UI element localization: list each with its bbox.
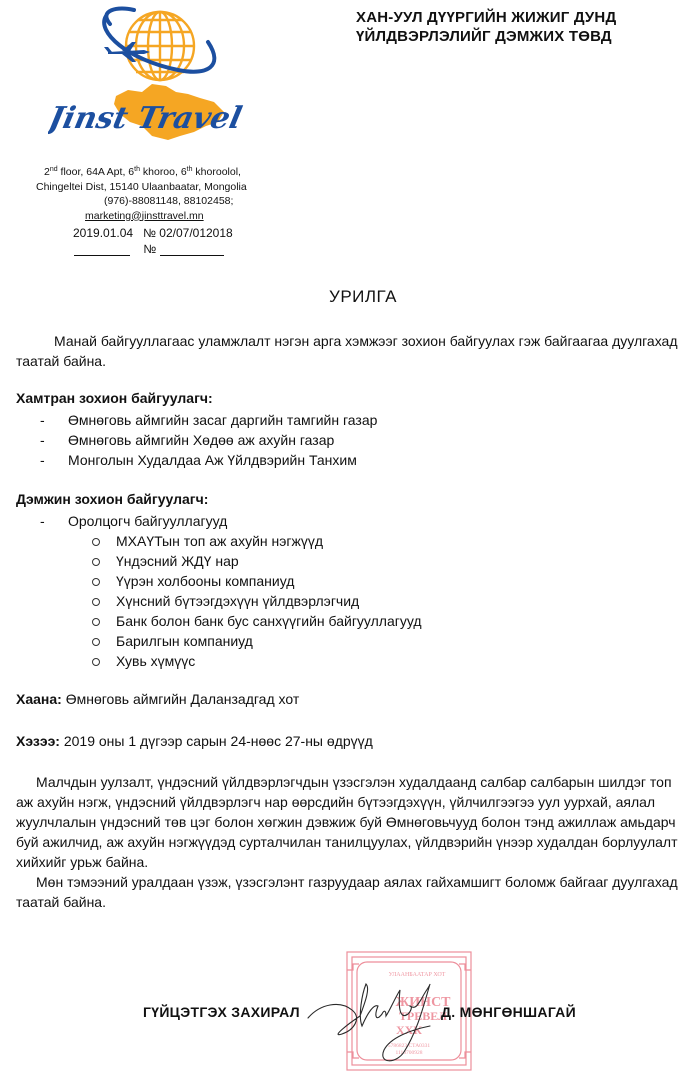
signature-icon — [300, 960, 460, 1070]
list-item: Хүнсний бүтээгдэхүүн үйлдвэрлэгчид — [92, 591, 422, 611]
list-item: Хувь хүмүүс — [92, 651, 422, 671]
blank-date-line — [74, 244, 130, 256]
list-item: МХАҮТын топ аж ахуйн нэгжүүд — [92, 531, 422, 551]
svg-text:Jinst Travel: Jinst Travel — [48, 101, 245, 136]
dates-value: 2019 оны 1 дүгээр сарын 24-нөөс 27-ны өд… — [60, 733, 373, 749]
address-line-2: Chingeltei Dist, 15140 Ulaanbaatar, Mong… — [0, 180, 300, 195]
letter-number: 02/07/012018 — [159, 226, 232, 240]
list-item: Үүрэн холбооны компаниуд — [92, 571, 422, 591]
co-organizers-heading: Хамтран зохион байгуулагч: — [16, 390, 213, 406]
signatory-position: ГҮЙЦЭТГЭХ ЗАХИРАЛ — [143, 1004, 300, 1020]
recipient-organization: ХАН-УУЛ ДҮҮРГИЙН ЖИЖИГ ДУНД ҮЙЛДВЭРЛЭЛИЙ… — [356, 8, 616, 46]
email-link[interactable]: marketing@jinsttravel.mn — [0, 209, 300, 224]
list-item: -Монголын Худалдаа Аж Үйлдвэрийн Танхим — [40, 450, 377, 470]
phone-numbers: (976)-88081148, 88102458; — [0, 194, 300, 209]
company-logo: Jinst Travel — [48, 2, 248, 160]
blank-reference-line: № — [74, 242, 224, 256]
supporters-list: -Оролцогч байгууллагууд — [40, 511, 227, 531]
event-dates: Хэзээ: 2019 оны 1 дүгээр сарын 24-нөөс 2… — [16, 733, 373, 749]
list-item: Банк болон банк бус санхүүгийн байгуулла… — [92, 611, 422, 631]
list-item: -Өмнөговь аймгийн засаг даргийн тамгийн … — [40, 410, 377, 430]
intro-paragraph: Манай байгууллагаас уламжлалт нэгэн арга… — [16, 331, 686, 371]
recipient-line-2: ҮЙЛДВЭРЛЭЛИЙГ ДЭМЖИХ ТӨВД — [356, 27, 616, 46]
paragraph-2: Мөн тэмээний уралдаан үзэж, үзэсгэлэнт г… — [16, 872, 686, 912]
list-item: Барилгын компаниуд — [92, 631, 422, 651]
event-location: Хаана: Өмнөговь аймгийн Даланзадгад хот — [16, 691, 299, 707]
list-item: -Өмнөговь аймгийн Хөдөө аж ахуйн газар — [40, 430, 377, 450]
location-value: Өмнөговь аймгийн Даланзадгад хот — [62, 691, 299, 707]
globe-airplane-logo-icon: Jinst Travel — [48, 2, 248, 160]
address-line-1: 2nd floor, 64A Apt, 6th khoroo, 6th khor… — [0, 165, 300, 180]
blank-number-label: № — [143, 242, 156, 256]
list-item: -Оролцогч байгууллагууд — [40, 511, 227, 531]
company-address: 2nd floor, 64A Apt, 6th khoroo, 6th khor… — [0, 165, 300, 223]
list-item: Үндэсний ЖДҮ нар — [92, 551, 422, 571]
letter-date: 2019.01.04 — [73, 226, 133, 240]
location-label: Хаана: — [16, 691, 62, 707]
document-title: УРИЛГА — [0, 287, 696, 307]
blank-number-line — [160, 244, 224, 256]
handwritten-signature — [300, 960, 460, 1070]
number-label: № — [143, 226, 156, 240]
recipient-line-1: ХАН-УУЛ ДҮҮРГИЙН ЖИЖИГ ДУНД — [356, 8, 616, 27]
supporters-heading: Дэмжин зохион байгуулагч: — [16, 491, 208, 507]
reference-line: 2019.01.04 № 02/07/012018 — [73, 226, 233, 240]
dates-label: Хэзээ: — [16, 733, 60, 749]
co-organizers-list: -Өмнөговь аймгийн засаг даргийн тамгийн … — [40, 410, 377, 470]
signatory-name: Д. МӨНГӨНШАГАЙ — [441, 1004, 576, 1020]
paragraph-1: Малчдын уулзалт, үндэсний үйлдвэрлэгчдын… — [16, 772, 686, 872]
body-paragraphs: Малчдын уулзалт, үндэсний үйлдвэрлэгчдын… — [16, 772, 686, 912]
participants-sublist: МХАҮТын топ аж ахуйн нэгжүүд Үндэсний ЖД… — [92, 531, 422, 671]
